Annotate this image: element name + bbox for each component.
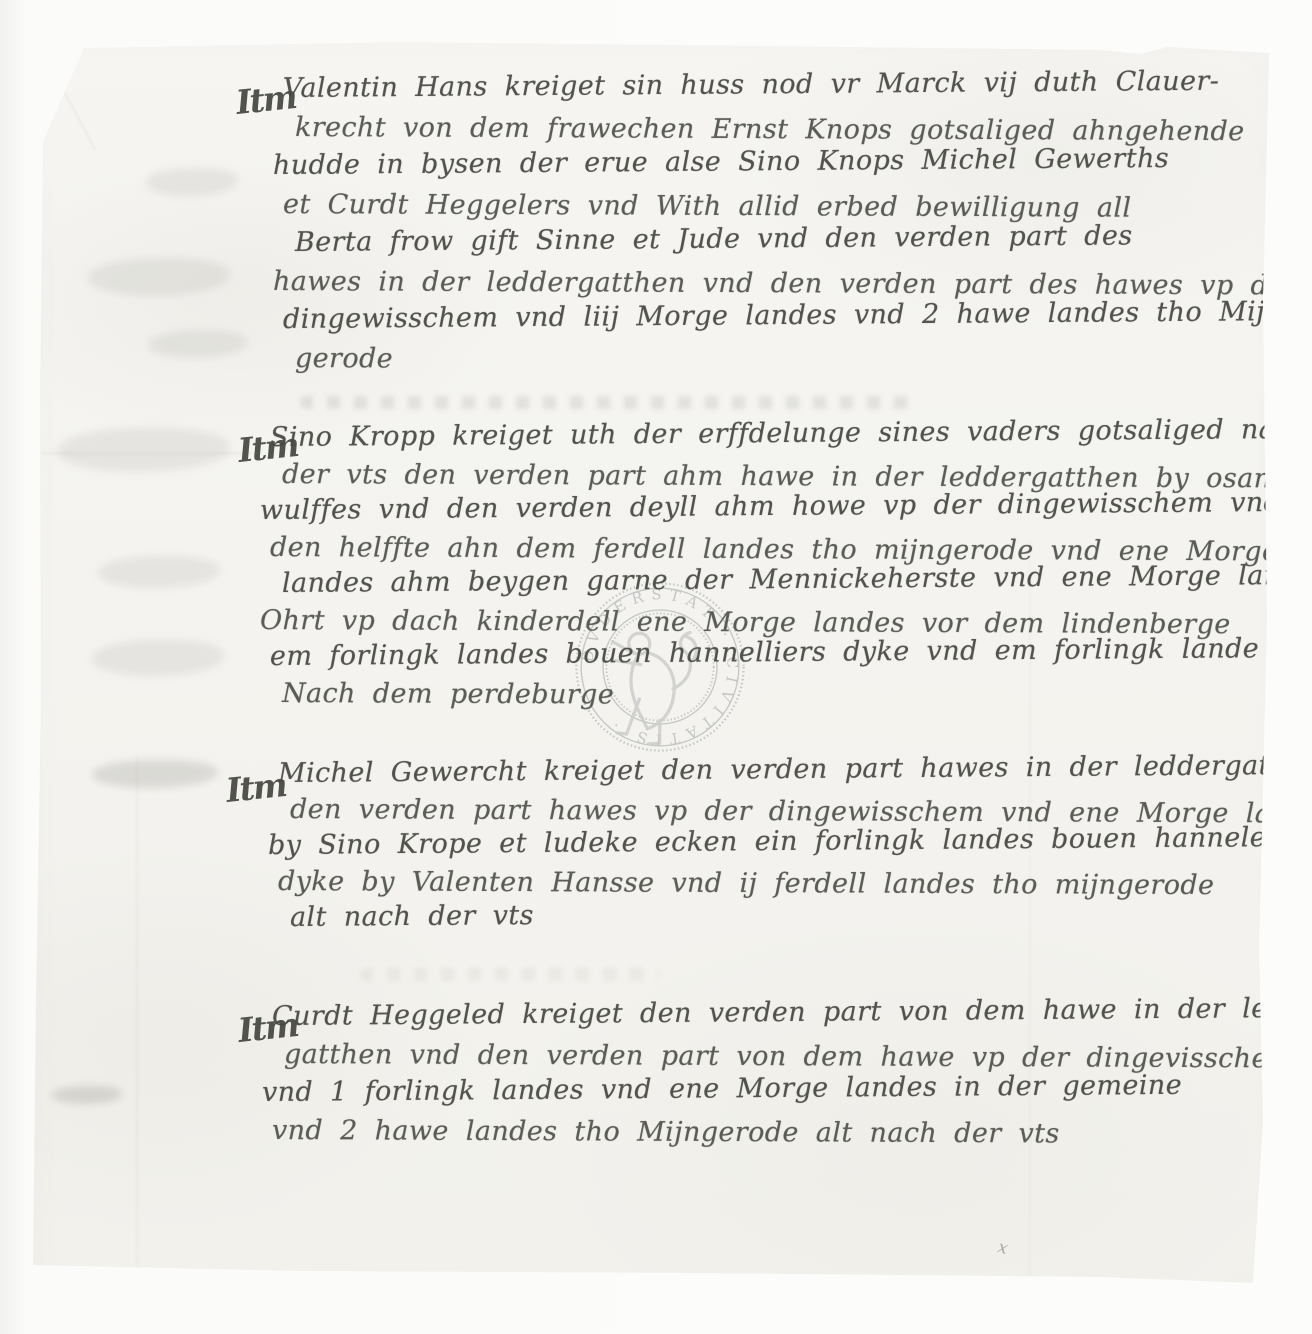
- text-line: Sino Kropp kreiget uth der erffdelunge s…: [270, 412, 1312, 457]
- fold-crease: [136, 756, 138, 1268]
- text-line: gerode: [295, 340, 1298, 383]
- text-line: dingewisschem vnd liij Morge landes vnd …: [283, 293, 1298, 339]
- paragraph: Michel Gewercht kreiget den verden part …: [278, 756, 1312, 936]
- text-line: wulffes vnd den verden deyll ahm howe vp…: [260, 485, 1312, 530]
- text-line: Michel Gewercht kreiget den verden part …: [278, 748, 1312, 792]
- bleed-through-text: [300, 396, 920, 409]
- paragraph: Sino Kropp kreiget uth der erffdelunge s…: [270, 420, 1312, 712]
- bleed-through-text: [360, 968, 660, 981]
- text-line: Berta frow gift Sinne et Jude vnd den ve…: [295, 216, 1298, 262]
- text-line: Nach dem perdeburge: [282, 676, 1312, 717]
- text-line: Valentin Hans kreiget sin huss nod vr Ma…: [283, 62, 1298, 108]
- text-line: vnd 1 forlingk landes vnd ene Morge land…: [262, 1066, 1312, 1112]
- paragraph: Curdt Heggeled kreiget den verden part v…: [272, 998, 1312, 1150]
- text-line: em forlingk landes bouen hannelliers dyk…: [270, 631, 1312, 676]
- text-line: vnd 2 hawe landes tho Mijngerode alt nac…: [272, 1112, 1312, 1155]
- text-line: by Sino Krope et ludeke ecken ein forlin…: [268, 820, 1312, 864]
- manuscript-paper: DVDERSTAT · CIVITATIS · Itm Valentin Han…: [0, 0, 1312, 1334]
- scan-background: DVDERSTAT · CIVITATIS · Itm Valentin Han…: [0, 0, 1312, 1334]
- text-line: landes ahm beygen garne der Mennickehers…: [282, 558, 1312, 603]
- paragraph: Valentin Hans kreiget sin huss nod vr Ma…: [283, 70, 1298, 378]
- text-line: Curdt Heggeled kreiget den verden part v…: [272, 990, 1312, 1036]
- text-line: alt nach der vts: [290, 892, 1312, 936]
- text-line: hudde in bysen der erue alse Sino Knops …: [273, 139, 1298, 186]
